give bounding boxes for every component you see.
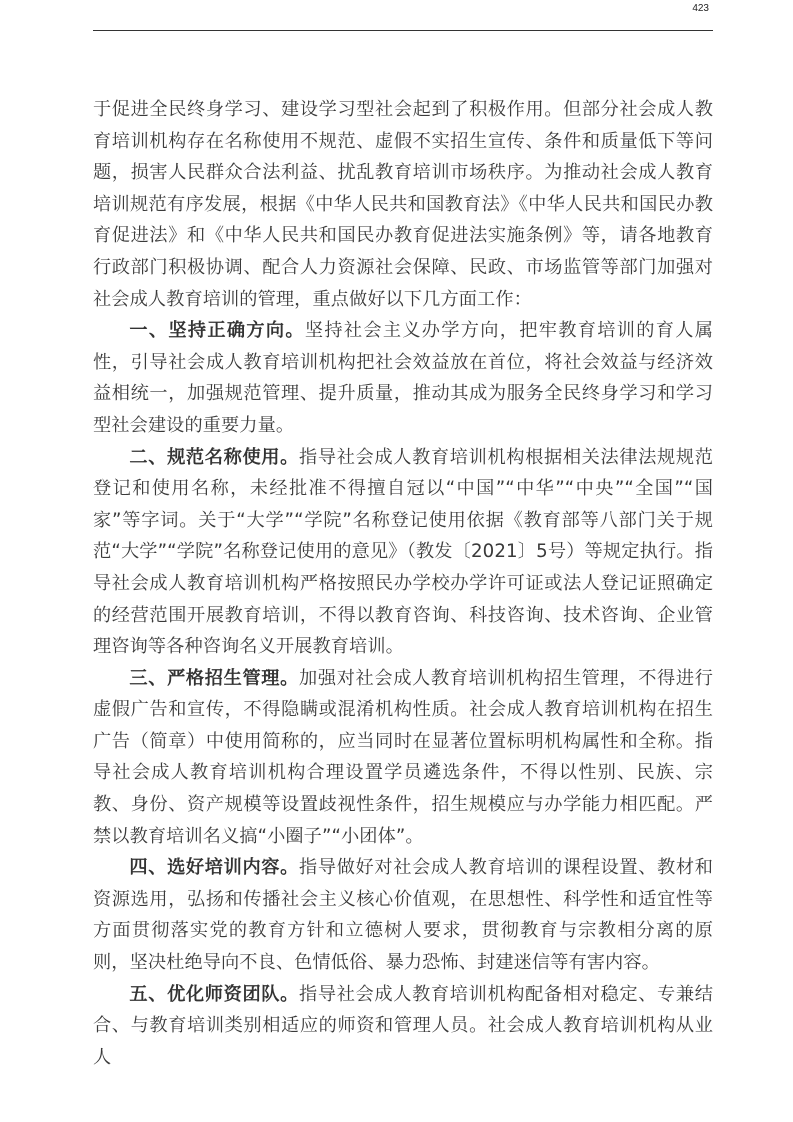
paragraph-text: 加强对社会成人教育培训机构招生管理，不得进行虚假广告和宣传，不得隐瞒或混淆机构性… — [93, 668, 713, 847]
page-number: 423 — [692, 3, 709, 14]
section-heading: 五、优化师资团队。 — [129, 984, 299, 1005]
paragraph-section-2: 二、规范名称使用。指导社会成人教育培训机构根据相关法律法规规范登记和使用名称，未… — [93, 442, 713, 663]
document-body: 于促进全民终身学习、建设学习型社会起到了积极作用。但部分社会成人教育培训机构存在… — [93, 94, 713, 1073]
paragraph-text: 指导社会成人教育培训机构根据相关法律法规规范登记和使用名称，未经批准不得擅自冠以… — [93, 447, 713, 658]
section-heading: 一、坚持正确方向。 — [129, 320, 304, 341]
paragraph-section-3: 三、严格招生管理。加强对社会成人教育培训机构招生管理，不得进行虚假广告和宣传，不… — [93, 663, 713, 853]
section-heading: 二、规范名称使用。 — [129, 447, 299, 468]
section-heading: 四、选好培训内容。 — [129, 857, 299, 878]
header-rule — [93, 30, 713, 31]
paragraph-text: 于促进全民终身学习、建设学习型社会起到了积极作用。但部分社会成人教育培训机构存在… — [93, 99, 713, 310]
paragraph-section-4: 四、选好培训内容。指导做好对社会成人教育培训的课程设置、教材和资源选用，弘扬和传… — [93, 852, 713, 978]
section-heading: 三、严格招生管理。 — [129, 668, 299, 689]
paragraph-intro: 于促进全民终身学习、建设学习型社会起到了积极作用。但部分社会成人教育培训机构存在… — [93, 94, 713, 315]
paragraph-section-5: 五、优化师资团队。指导社会成人教育培训机构配备相对稳定、专兼结合、与教育培训类别… — [93, 979, 713, 1074]
paragraph-section-1: 一、坚持正确方向。坚持社会主义办学方向，把牢教育培训的育人属性，引导社会成人教育… — [93, 315, 713, 441]
page-header: 423 — [93, 0, 713, 32]
